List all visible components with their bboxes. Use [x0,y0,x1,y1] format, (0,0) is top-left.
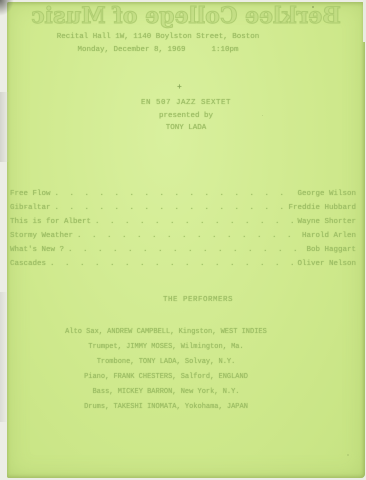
dot-leader [50,261,293,269]
presented-by-label: presented by [7,113,365,121]
song-title: Cascades [10,261,46,269]
performers-list: Alto Sax, ANDREW CAMPBELL, Kingston, WES… [7,329,365,419]
song-title: Gibraltar [10,205,51,213]
program-row: Gibraltar Freddie Hubbard [10,198,356,212]
program-row: Stormy Weather Harold Arlen [10,226,356,240]
scan-speckle [347,454,349,456]
song-title: Free Flow [10,191,51,199]
scan-speckle [312,6,314,8]
program-row: Free Flow George Wilson [10,184,356,198]
scanner-corner-smudge [0,0,14,16]
program-row: What's New ? Bob Haggart [10,240,356,254]
performer-line: Trombone, TONY LADA, Solvay, N.Y. [0,359,345,374]
program-row: This is for Albert Wayne Shorter [10,212,356,226]
performer-line: Alto Sax, ANDREW CAMPBELL, Kingston, WES… [0,329,345,344]
scanned-program-page: { "logo": { "text": "Berklee College of … [0,0,366,480]
song-title: This is for Albert [10,219,91,227]
dot-leader [95,219,293,227]
performer-line: Trumpet, JIMMY MOSES, Wilmington, Ma. [0,344,345,359]
program-list: Free Flow George Wilson Gibraltar Freddi… [10,184,356,268]
time-text: 1:10pm [212,46,239,54]
scan-speckle [262,115,263,116]
stray-plus-mark: + [177,83,182,92]
dot-leader [55,191,294,199]
director-name: TONY LADA [7,125,365,133]
composer-name: George Wilson [297,191,356,199]
composer-name: Freddie Hubbard [288,205,356,213]
composer-name: Bob Haggart [306,247,356,255]
performer-line: Bass, MICKEY BARRON, New York, N.Y. [0,389,345,404]
song-title: Stormy Weather [10,233,73,241]
date-line: Monday, December 8, 19691:10pm [0,47,337,55]
date-text: Monday, December 8, 1969 [77,46,185,54]
scanner-edge-patch [0,92,9,162]
song-title: What's New ? [10,247,64,255]
performers-heading: THE PERFORMERS [19,297,366,305]
composer-name: Harold Arlen [302,233,356,241]
composer-name: Oliver Nelson [297,261,356,269]
scanner-edge-patch [0,292,8,422]
performer-line: Piano, FRANK CHESTERS, Salford, ENGLAND [0,374,345,389]
ensemble-title: EN 507 JAZZ SEXTET [7,100,365,108]
program-row: Cascades Oliver Nelson [10,254,356,268]
venue-line: Recital Hall 1W, 1140 Boylston Street, B… [0,34,337,42]
dot-leader [77,233,298,241]
green-paper-sheet: Berklee College of Music Recital Hall 1W… [7,2,365,478]
composer-name: Wayne Shorter [297,219,356,227]
dot-leader [55,205,285,213]
performer-line: Drums, TAKESHI INOMATA, Yokohama, JAPAN [0,404,345,419]
scan-speckle [25,207,27,208]
dot-leader [68,247,302,255]
